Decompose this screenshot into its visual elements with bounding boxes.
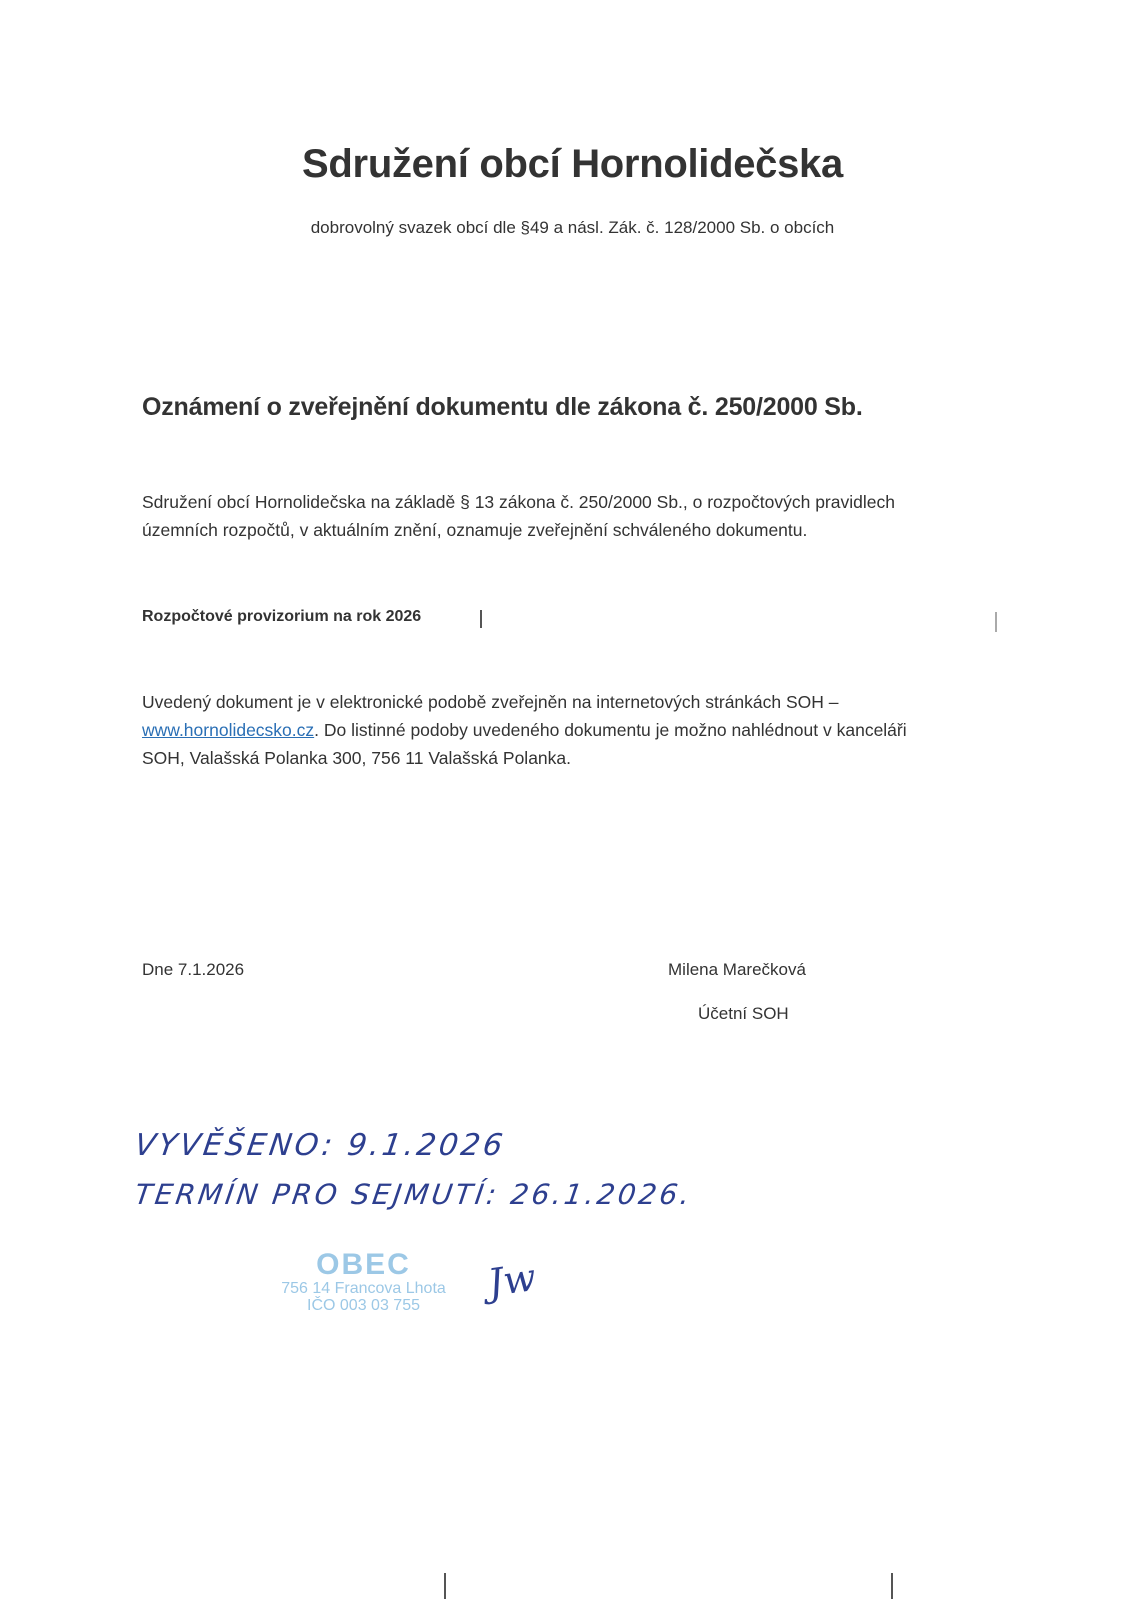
handwritten-posted-date: VYVĚŠENO: 9.1.2026 xyxy=(133,1128,508,1163)
signer-name: Milena Marečková xyxy=(668,960,806,980)
intro-paragraph: Sdružení obcí Hornolidečska na základě §… xyxy=(142,488,895,544)
handwritten-removal-date: TERMÍN PRO SEJMUTÍ: 26.1.2026. xyxy=(133,1178,695,1211)
signer-role: Účetní SOH xyxy=(698,1004,789,1024)
info-line-2: www.hornolidecsko.cz. Do listinné podoby… xyxy=(142,716,907,744)
info-line-1: Uvedený dokument je v elektronické podob… xyxy=(142,688,907,716)
website-link[interactable]: www.hornolidecsko.cz xyxy=(142,720,314,740)
scan-mark xyxy=(480,610,482,628)
stamp-address: 756 14 Francova Lhota xyxy=(256,1281,471,1297)
document-name: Rozpočtové provizorium na rok 2026 xyxy=(142,608,421,626)
scan-mark xyxy=(444,1573,446,1599)
notice-heading: Oznámení o zveřejnění dokumentu dle záko… xyxy=(142,393,863,422)
scan-mark xyxy=(891,1573,893,1599)
stamp-ico: IČO 003 03 755 xyxy=(256,1298,471,1314)
organization-title: Sdružení obcí Hornolidečska xyxy=(0,142,1145,187)
municipal-stamp: OBEC 756 14 Francova Lhota IČO 003 03 75… xyxy=(256,1250,471,1314)
issue-date: Dne 7.1.2026 xyxy=(142,960,244,980)
stamp-title: OBEC xyxy=(256,1250,471,1280)
handwritten-initials: Jw xyxy=(485,1255,538,1305)
intro-line-2: územních rozpočtů, v aktuálním znění, oz… xyxy=(142,516,895,544)
organization-subtitle: dobrovolný svazek obcí dle §49 a násl. Z… xyxy=(0,218,1145,238)
info-line-2-text: . Do listinné podoby uvedeného dokumentu… xyxy=(314,720,906,740)
scan-mark xyxy=(995,612,997,632)
info-line-3: SOH, Valašská Polanka 300, 756 11 Valašs… xyxy=(142,744,907,772)
info-paragraph: Uvedený dokument je v elektronické podob… xyxy=(142,688,907,772)
intro-line-1: Sdružení obcí Hornolidečska na základě §… xyxy=(142,488,895,516)
